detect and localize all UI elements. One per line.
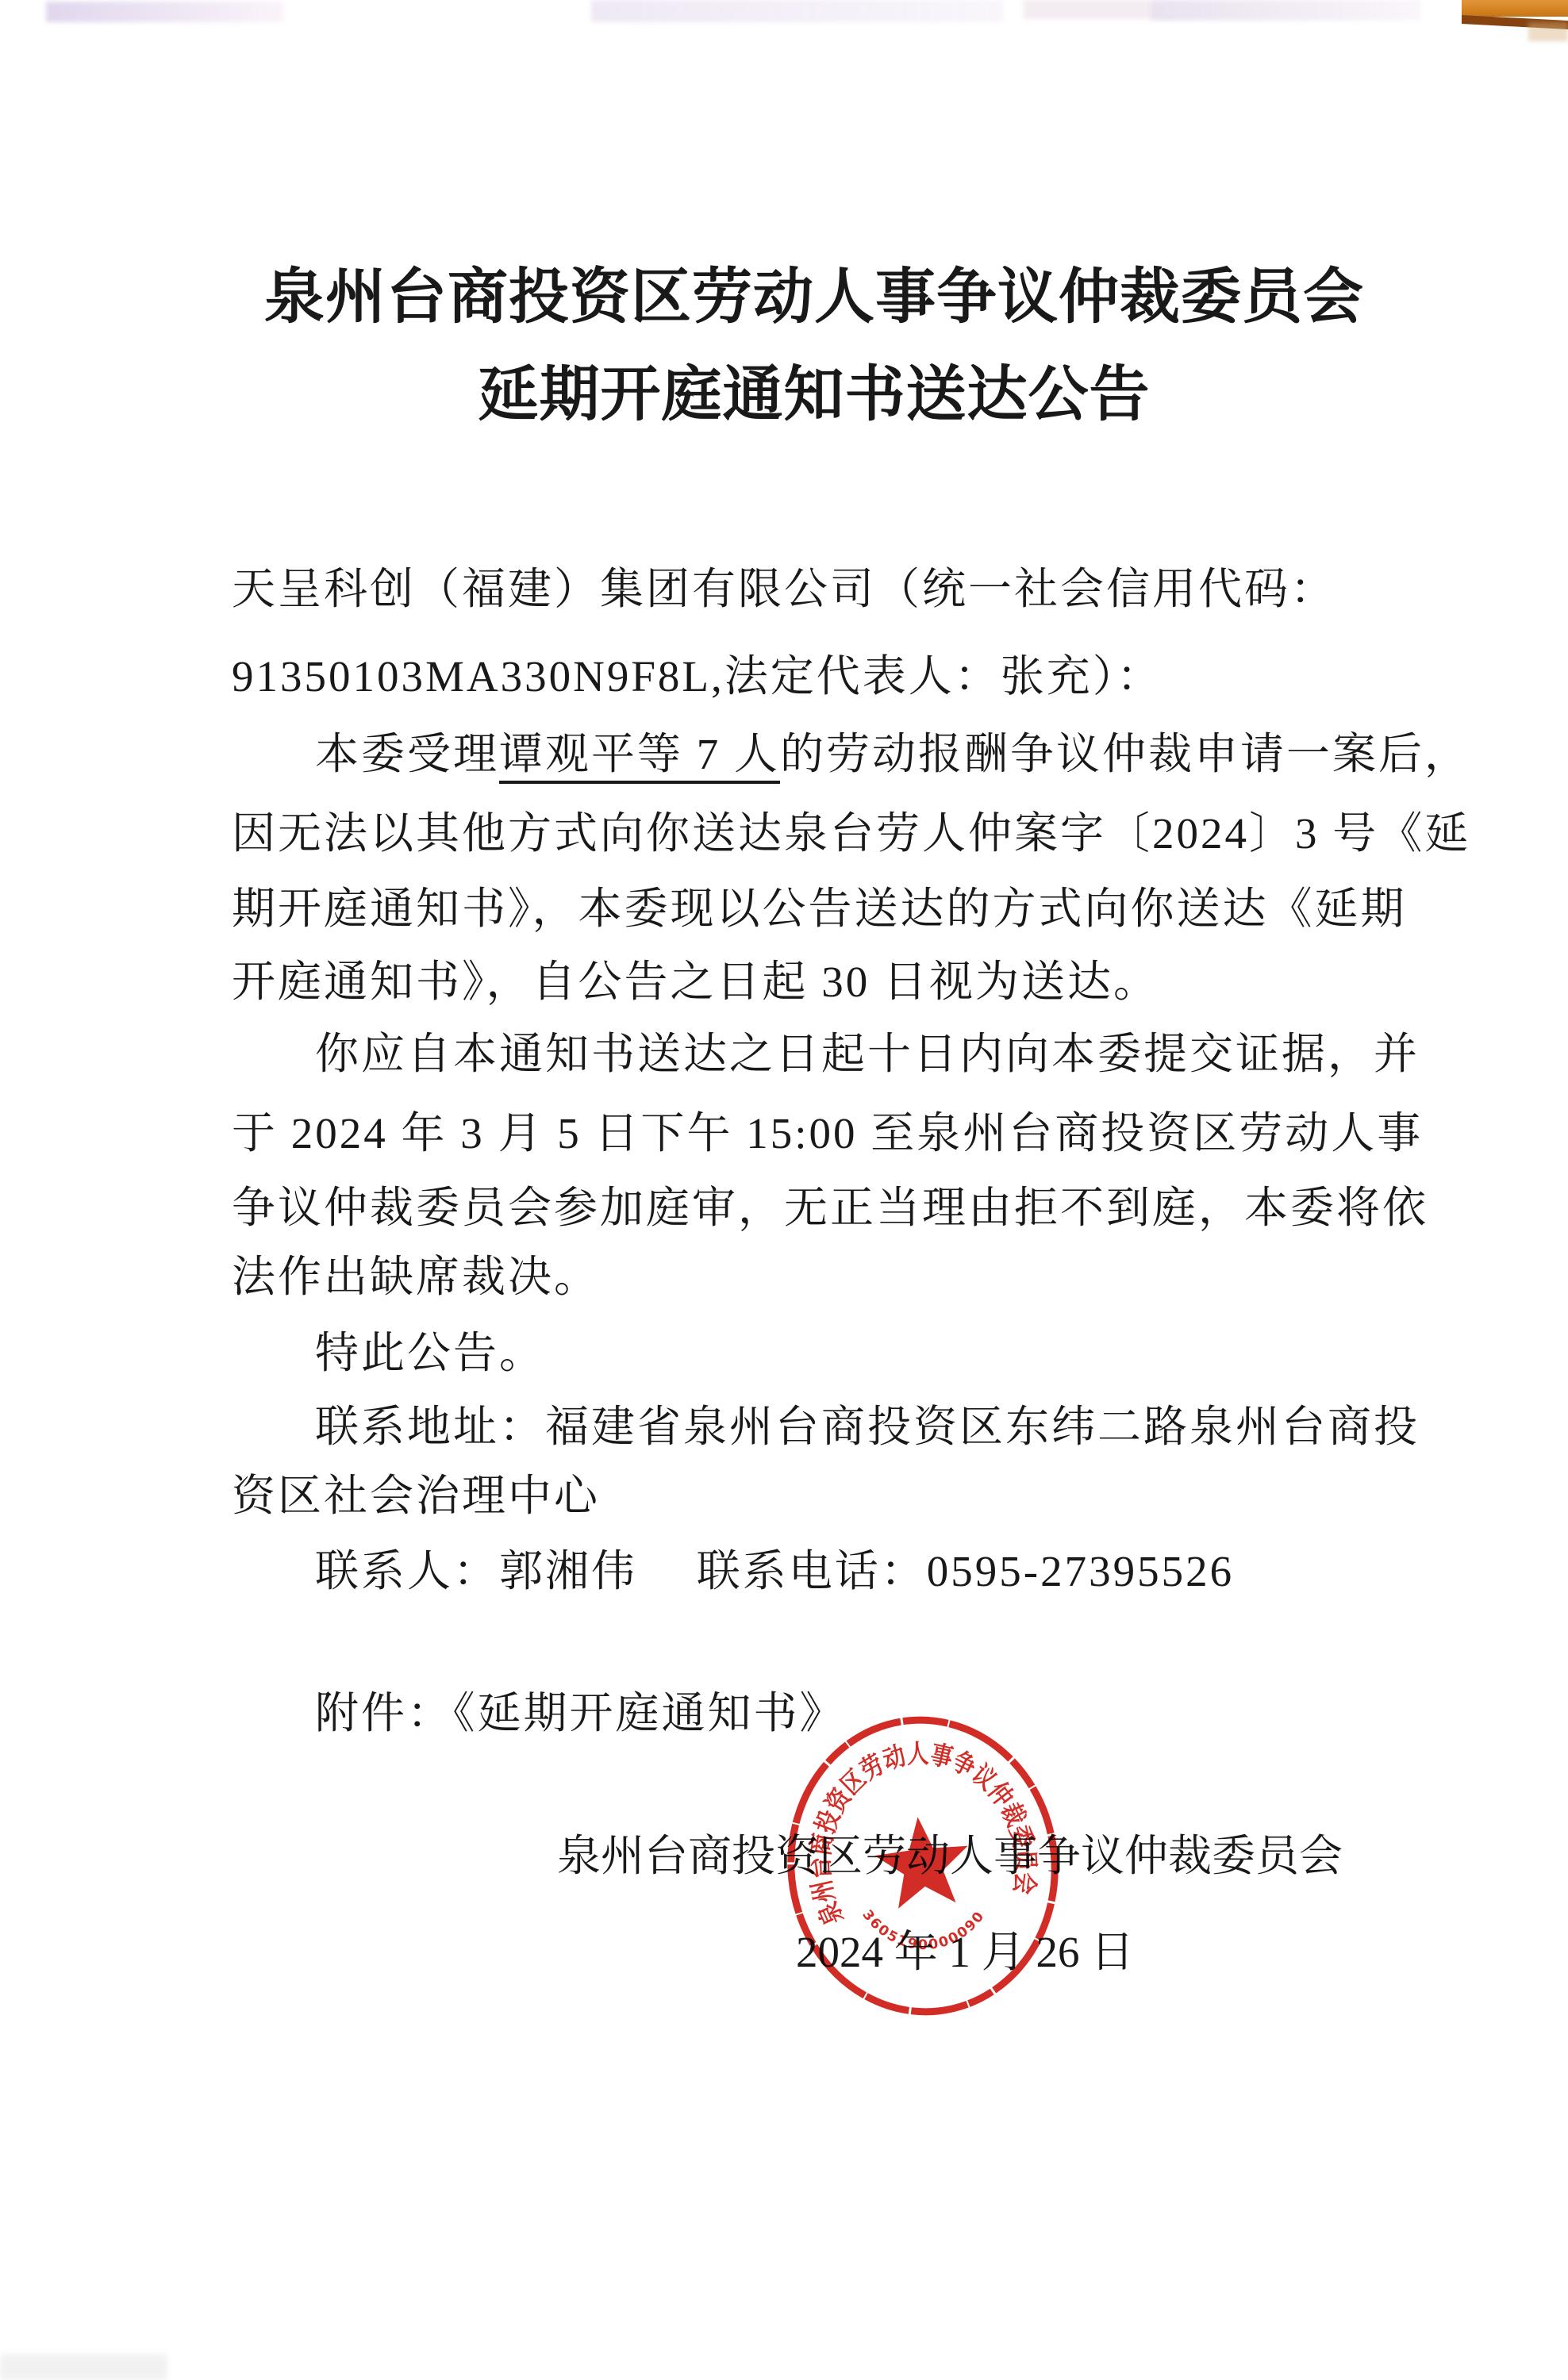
scan-artifact-streak	[46, 2, 284, 22]
document-title-line1: 泉州台商投资区劳动人事争议仲裁委员会	[40, 258, 1568, 337]
body-line-case-intro: 本委受理谭观平等 7 人的劳动报酬争议仲裁申请一案后，	[232, 716, 1366, 792]
body-line-notice-delivery: 期开庭通知书》，本委现以公告送达的方式向你送达《延期	[232, 871, 1366, 946]
body-line-address: 联系地址：福建省泉州台商投资区东纬二路泉州台商投	[232, 1389, 1366, 1464]
body-line-case-number: 因无法以其他方式向你送达泉台劳人仲案字〔2024〕3 号《延	[232, 796, 1366, 871]
body-line-addressee: 天呈科创（福建）集团有限公司（统一社会信用代码：	[232, 551, 1366, 627]
body-line-address-cont: 资区社会治理中心	[232, 1458, 1366, 1534]
case-intro-post: 的劳动报酬争议仲裁申请一案后，	[780, 730, 1470, 778]
scan-artifact-streak	[1024, 0, 1151, 19]
scan-artifact-streak	[1151, 0, 1420, 21]
scan-artifact-smudge	[0, 2355, 167, 2380]
scanned-notice-page: 泉州台商投资区劳动人事争议仲裁委员会 延期开庭通知书送达公告 天呈科创（福建）集…	[0, 0, 1568, 2380]
body-line-hearing-time: 于 2024 年 3 月 5 日下午 15:00 至泉州台商投资区劳动人事	[232, 1096, 1366, 1171]
seal-star	[871, 1812, 974, 1910]
body-line-contact: 联系人：郭湘伟 联系电话：0595-27395526	[232, 1534, 1366, 1609]
body-line-hereby: 特此公告。	[232, 1315, 1366, 1391]
claimants-underlined: 谭观平等 7 人	[499, 730, 780, 784]
body-line-30-days: 开庭通知书》，自公告之日起 30 日视为送达。	[232, 944, 1366, 1019]
body-line-evidence: 你应自本通知书送达之日起十日内向本委提交证据，并	[232, 1016, 1366, 1092]
body-line-hearing-warning: 争议仲裁委员会参加庭审，无正当理由拒不到庭，本委将依	[232, 1170, 1366, 1246]
body-line-default-ruling: 法作出缺席裁决。	[232, 1239, 1366, 1315]
document-title-line2: 延期开庭通知书送达公告	[40, 355, 1568, 435]
scan-corner-object	[1462, 0, 1568, 17]
body-line-credit-code: 91350103MA330N9F8L,法定代表人：张充）：	[232, 639, 1366, 714]
seal-serial-number: 3605190000090	[858, 1895, 991, 1960]
official-seal: 泉州台商投资区劳动人事争议仲裁委员会 3605190000090	[776, 1707, 1070, 2025]
scan-corner-shadow	[1528, 22, 1568, 41]
case-intro-pre: 本委受理	[315, 730, 499, 778]
scan-artifact-streak	[591, 0, 1004, 22]
